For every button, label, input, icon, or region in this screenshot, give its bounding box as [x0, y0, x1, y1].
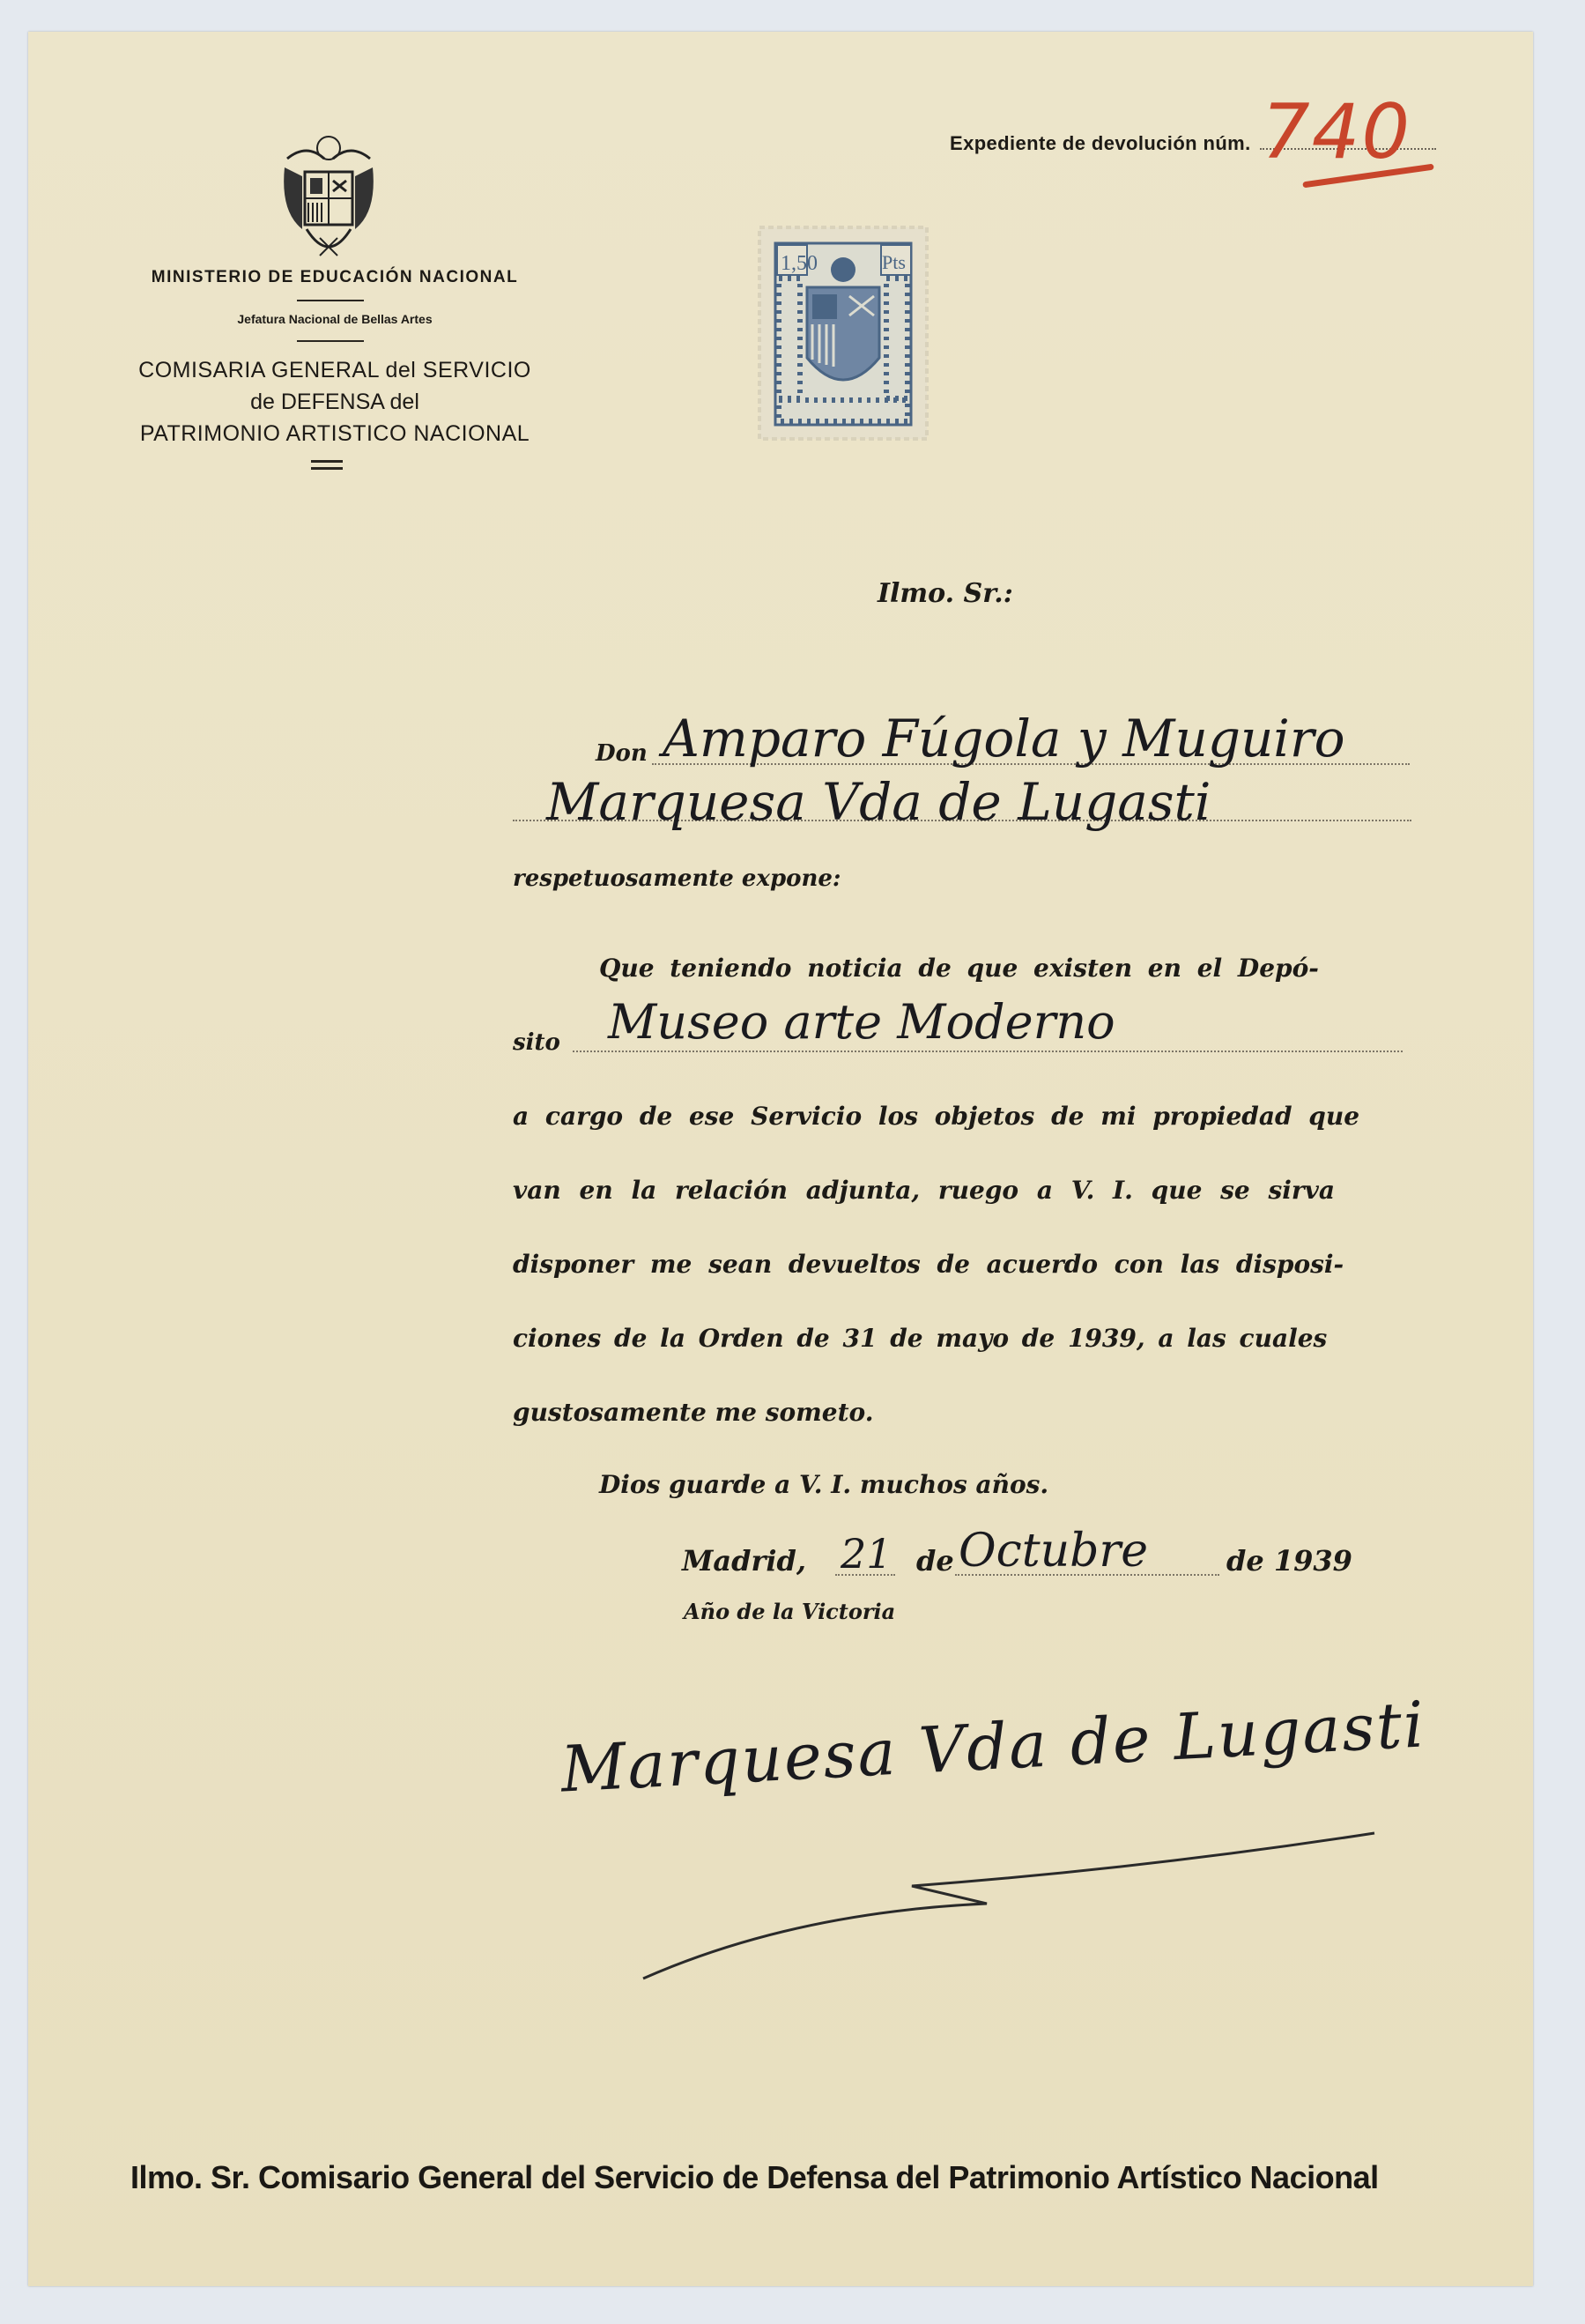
date-city: Madrid,	[682, 1544, 806, 1578]
deposito-value: Museo arte Moderno	[608, 994, 1115, 1050]
petitioner-title: Marquesa Vda de Lugasti	[546, 772, 1211, 832]
deposito-dots	[573, 1051, 1403, 1052]
salutation: Ilmo. Sr.:	[878, 578, 1013, 609]
addressee: Ilmo. Sr. Comisario General del Servicio…	[130, 2159, 1379, 2196]
svg-text:1,50: 1,50	[781, 252, 818, 275]
double-rule	[311, 460, 343, 463]
double-rule	[311, 467, 343, 470]
body-line-7: gustosamente me someto.	[513, 1398, 873, 1427]
date-day: 21	[841, 1530, 892, 1578]
expone-text: respetuosamente expone:	[513, 865, 841, 892]
petitioner-prefix: Don	[596, 740, 648, 767]
expediente-label: Expediente de devolución núm.	[950, 132, 1251, 155]
ministry-heading: MINISTERIO DE EDUCACIÓN NACIONAL	[115, 268, 555, 287]
office-heading-line1: COMISARIA GENERAL del SERVICIO	[115, 358, 555, 383]
department-heading: Jefatura Nacional de Bellas Artes	[115, 312, 555, 326]
closing-text: Dios guarde a V. I. muchos años.	[599, 1470, 1048, 1499]
divider	[297, 300, 364, 301]
body-line-5: disponer me sean devueltos de acuerdo co…	[513, 1250, 1344, 1279]
coat-of-arms-icon	[280, 132, 377, 264]
body-line-1: Que teniendo noticia de que existen en e…	[599, 954, 1319, 983]
signature-flourish-icon	[617, 1815, 1410, 1983]
office-heading-line2: de DEFENSA del	[115, 390, 555, 415]
date-de: de	[916, 1544, 954, 1578]
petitioner-name: Amparo Fúgola y Muguiro	[663, 709, 1345, 768]
date-month: Octubre	[959, 1525, 1148, 1578]
office-heading-line3: PATRIMONIO ARTISTICO NACIONAL	[115, 421, 555, 447]
expediente-number: 740	[1262, 88, 1411, 176]
date-year: de 1939	[1226, 1544, 1352, 1578]
body-line-6: ciones de la Orden de 31 de mayo de 1939…	[513, 1324, 1327, 1353]
divider	[297, 340, 364, 342]
date-era: Año de la Victoria	[684, 1599, 895, 1624]
fiscal-stamp-icon: 1,50 Pts	[758, 226, 929, 441]
body-line-4: van en la relación adjunta, ruego a V. I…	[513, 1176, 1335, 1205]
svg-text:Pts: Pts	[882, 251, 906, 273]
deposito-prefix: sito	[513, 1029, 560, 1056]
body-line-3: a cargo de ese Servicio los objetos de m…	[513, 1102, 1359, 1131]
